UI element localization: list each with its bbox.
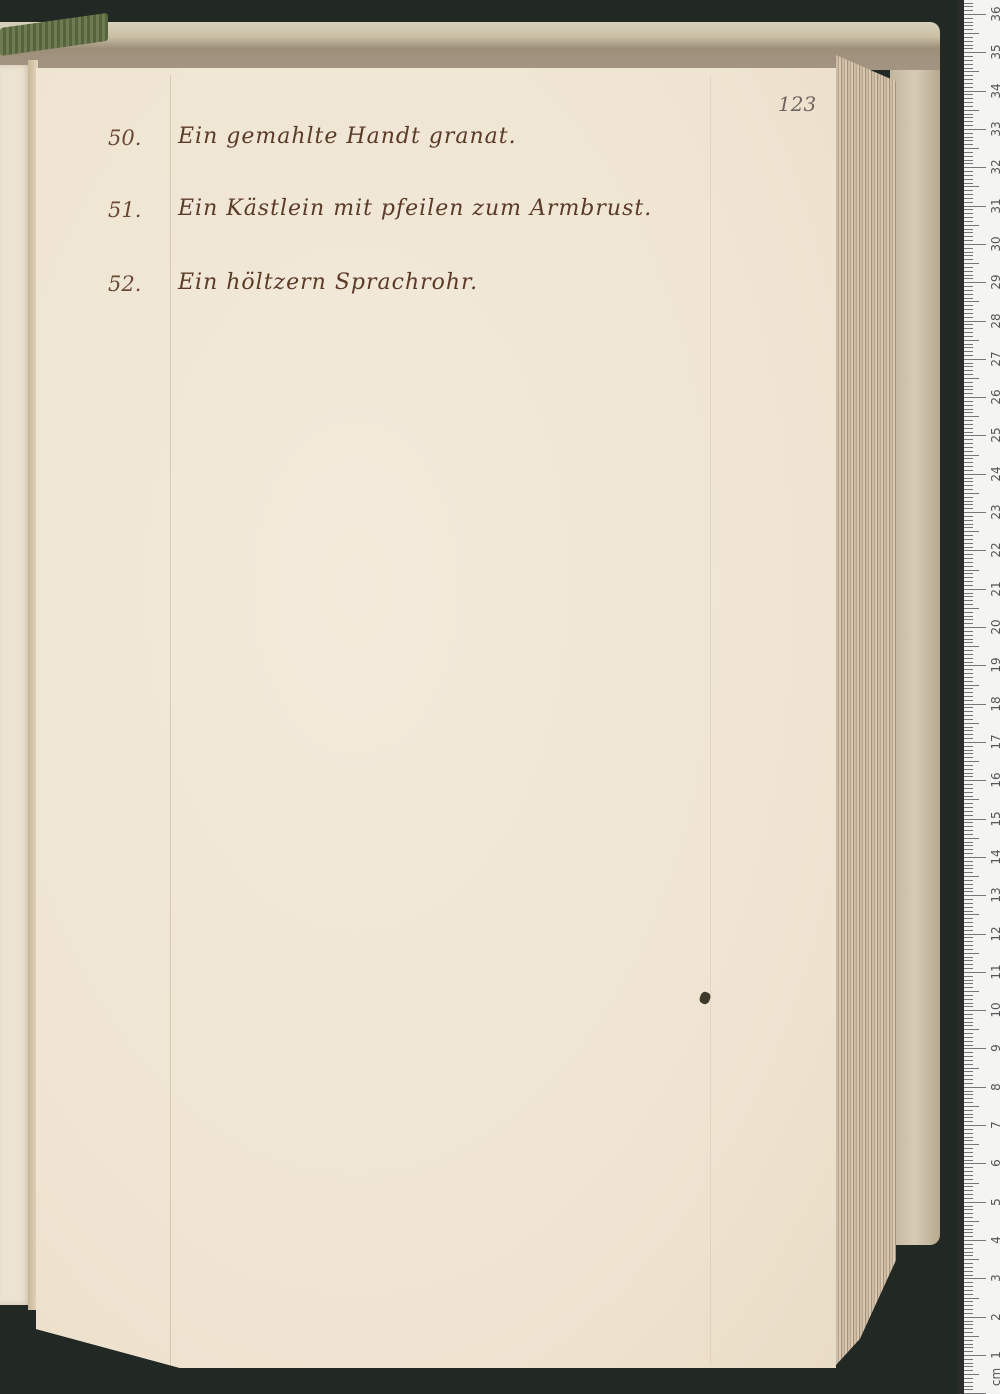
ruler-tick [964,1344,973,1345]
ruler-label: 1 [989,1343,1000,1367]
ruler-tick [964,45,973,46]
ruler-tick [964,914,979,915]
ruler-tick [964,957,973,958]
ruler-tick [964,1267,973,1268]
ruler-tick [964,405,973,406]
ruler-tick [964,301,979,302]
ruler-tick [964,1071,973,1072]
ruler-tick [964,688,973,689]
ruler-tick [964,627,986,628]
ruler-tick [964,619,973,620]
ruler-tick [964,769,973,770]
ruler-tick [964,1229,973,1230]
ruler-tick [964,370,973,371]
ruler-tick [964,999,973,1000]
ruler-label: 27 [989,347,1000,371]
ruler-tick [964,1171,973,1172]
ruler-tick [964,401,973,402]
ruler-tick [964,393,973,394]
ruler-tick [964,190,973,191]
ruler-tick [964,677,973,678]
ruler-tick [964,1232,973,1233]
ruler-tick [964,1366,973,1367]
ruler-tick [964,1075,973,1076]
ruler-tick [964,94,973,95]
ruler-label: 5 [989,1190,1000,1214]
ruler-tick [964,1091,973,1092]
ruler-tick [964,1167,973,1168]
ruler-tick [964,278,973,279]
ruler-tick [964,512,986,513]
ruler-label: 14 [989,845,1000,869]
folio-number: 123 [778,92,816,116]
ruler-tick [964,1324,973,1325]
ruler-tick [964,462,973,463]
ruler-tick [964,489,973,490]
ruler-label: 21 [989,577,1000,601]
ruler-tick [964,761,979,762]
ruler-tick [964,849,973,850]
ruler-tick [964,133,973,134]
ruler-tick [964,1186,973,1187]
ruler-tick [964,930,973,931]
ruler-tick [964,819,986,820]
ruler-tick [964,1309,973,1310]
ruler-tick [964,144,973,145]
ruler-tick [964,328,973,329]
ruler-tick [964,1106,979,1107]
ruler-tick [964,742,986,743]
ruler-tick [964,321,986,322]
ruler-tick [964,1252,973,1253]
ruler-tick [964,1213,973,1214]
ruler-tick [964,727,973,728]
ruler-tick [964,1198,973,1199]
ruler-tick [964,129,986,130]
ruler-tick [964,857,986,858]
ruler-tick [964,646,979,647]
ruler-tick [964,175,973,176]
ruler-tick [964,179,973,180]
ruler-tick [964,964,973,965]
ruler-tick [964,1313,973,1314]
ruler-tick [964,1022,973,1023]
ruler-tick [964,209,973,210]
ruler-tick [964,730,973,731]
ruler-tick [964,232,973,233]
ruler-tick [964,1152,973,1153]
ruler-tick [964,1014,973,1015]
ruler-tick [964,102,973,103]
ruler-tick [964,815,973,816]
ruler-tick [964,324,973,325]
ruler-tick [964,558,973,559]
ruler-tick [964,1206,973,1207]
ruler-tick [964,470,973,471]
ruler-tick [964,1121,973,1122]
ruler-tick [964,252,973,253]
ruler-tick [964,700,973,701]
ruler-label: 4 [989,1228,1000,1252]
ruler-tick [964,520,973,521]
ruler-tick [964,22,973,23]
ruler-tick [964,1305,973,1306]
ruler-tick [964,29,973,30]
ruler-label: 17 [989,730,1000,754]
ruler-label: 2 [989,1305,1000,1329]
ruler-label: 36 [989,2,1000,26]
ruler-tick [964,554,973,555]
ruler-tick [964,673,973,674]
ruler-tick [964,550,986,551]
ruler-tick [964,880,973,881]
ruler-tick [964,152,973,153]
ruler-tick [964,397,986,398]
ruler-tick [964,1332,973,1333]
ruler-tick [964,1378,973,1379]
ruler-tick [964,527,973,528]
ruler-tick [964,25,973,26]
ruler-label: 19 [989,653,1000,677]
ruler-tick [964,382,973,383]
ruler-tick [964,186,979,187]
right-margin-line [710,75,711,1365]
ruler-tick [964,48,973,49]
ruler-tick [964,631,973,632]
ruler-tick [964,566,973,567]
ruler-tick [964,137,973,138]
ruler-tick [964,1355,986,1356]
ruler-tick [964,497,973,498]
ruler-tick [964,259,973,260]
ruler-tick [964,236,973,237]
ruler-tick [964,696,973,697]
ruler-tick [964,899,973,900]
ruler-tick [964,424,973,425]
ruler-tick [964,1117,973,1118]
ruler-tick [964,1133,973,1134]
ruler-tick [964,374,973,375]
ruler-tick [964,903,973,904]
ruler-tick [964,604,973,605]
ruler-tick [964,240,973,241]
ruler-tick [964,1340,973,1341]
ruler-tick [964,255,973,256]
ruler-tick [964,1248,973,1249]
ruler-tick [964,750,973,751]
ruler-tick [964,1328,973,1329]
ruler-tick [964,707,973,708]
ruler-label: 6 [989,1151,1000,1175]
ruler-tick [964,623,973,624]
book-cover-edge [890,30,940,1245]
ruler-tick [964,734,973,735]
ruler-tick [964,1286,973,1287]
ruler-tick [964,1163,986,1164]
ruler-tick [964,389,973,390]
ruler-tick [964,911,973,912]
ruler-tick [964,41,973,42]
ruler-tick [964,807,973,808]
ruler-tick [964,474,986,475]
ruler-tick [964,1263,973,1264]
ruler-tick [964,340,979,341]
ruler-tick [964,458,973,459]
ruler-tick [964,1321,973,1322]
ruler-tick [964,412,973,413]
ruler-tick [964,98,973,99]
ruler-tick [964,229,973,230]
ruler-tick [964,332,973,333]
ruler-label: 9 [989,1036,1000,1060]
ruler-tick [964,83,973,84]
ruler-tick [964,355,973,356]
ruler-tick [964,1018,973,1019]
ruler-tick [964,1183,979,1184]
ruler-tick [964,244,986,245]
ruler-tick [964,117,973,118]
ruler-tick [964,455,979,456]
ruler-tick [964,428,973,429]
ruler-tick [964,585,973,586]
ruler-tick [964,719,973,720]
ruler-tick [964,589,986,590]
ruler-tick [964,286,973,287]
ruler-tick [964,1255,973,1256]
ruler-tick [964,416,979,417]
ruler-tick [964,980,973,981]
ruler-tick [964,987,973,988]
ruler-tick [964,822,973,823]
ruler-label: 29 [989,270,1000,294]
ruler-tick [964,1278,986,1279]
ruler-tick [964,217,973,218]
ruler-tick [964,409,973,410]
ruler-tick [964,945,973,946]
ruler-tick [964,1156,973,1157]
ruler-tick [964,275,973,276]
ruler-tick [964,976,973,977]
ruler-tick [964,949,973,950]
ruler-tick [964,1209,973,1210]
ruler-tick [964,983,973,984]
ruler-tick [964,435,986,436]
ruler-tick [964,876,979,877]
ruler-tick [964,654,973,655]
ruler-label: 31 [989,194,1000,218]
ruler-tick [964,125,973,126]
ruler-tick [964,995,973,996]
ruler-tick [964,508,973,509]
ruler-tick [964,171,973,172]
ruler-tick [964,271,973,272]
ruler-tick [964,746,973,747]
page-block-edge [836,55,896,1365]
ruler-tick [964,420,973,421]
ruler-tick [964,60,973,61]
ruler-tick [964,531,979,532]
ruler-tick [964,516,973,517]
ruler-tick [964,704,986,705]
ruler-tick [964,1137,973,1138]
ruler-tick [964,799,979,800]
ruler-tick [964,156,973,157]
ruler-tick [964,1029,979,1030]
ruler-label: 12 [989,922,1000,946]
left-margin-line [170,75,171,1365]
ruler-tick [964,1056,973,1057]
ruler-tick [964,114,973,115]
ruler-tick [964,845,973,846]
ruler-tick [964,336,973,337]
cm-ruler: cm 1234567891011121314151617181920212223… [958,0,1000,1394]
ruler-tick [964,1221,979,1222]
ruler-tick [964,1374,979,1375]
ruler-tick [964,884,973,885]
ruler-tick [964,1389,973,1390]
ruler-tick [964,466,973,467]
ruler-tick [964,1259,979,1260]
ruler-tick [964,443,973,444]
ruler-tick [964,796,973,797]
ruler-tick [964,79,973,80]
ruler-tick [964,642,973,643]
ruler-tick [964,378,979,379]
ruler-tick [964,1148,973,1149]
ruler-tick [964,608,979,609]
ruler-tick [964,715,973,716]
ruler-tick [964,1202,986,1203]
ruler-tick [964,366,973,367]
ruler-tick [964,612,973,613]
ruler-label: 30 [989,232,1000,256]
entry-number: 50. [108,126,141,150]
ruler-tick [964,1225,973,1226]
ruler-tick [964,543,973,544]
ruler-tick [964,1114,973,1115]
ruler-tick [964,263,979,264]
ruler-tick [964,593,973,594]
ruler-tick [964,1083,973,1084]
ruler-tick [964,56,973,57]
ruler-tick [964,1240,986,1241]
ruler-tick [964,386,973,387]
ruler-tick [964,52,986,53]
ruler-tick [964,206,986,207]
ruler-tick [964,811,973,812]
ruler-tick [964,922,973,923]
ruler-tick [964,1336,979,1337]
ruler-tick [964,753,973,754]
ruler-tick [964,888,973,889]
ruler-tick [964,1271,973,1272]
entry-text: Ein höltzern Sprachrohr. [178,270,478,295]
ruler-tick [964,1110,973,1111]
ruler-tick [964,723,979,724]
ruler-tick [964,64,973,65]
ruler-tick [964,213,973,214]
ruler-tick [964,842,973,843]
book-top-edge [0,22,940,70]
ruler-label: 24 [989,462,1000,486]
ruler-tick [964,1033,973,1034]
ruler-tick [964,1052,973,1053]
ruler-tick [964,71,979,72]
ruler-tick [964,1098,973,1099]
ruler-tick [964,907,973,908]
ruler-tick [964,267,973,268]
ruler-tick [964,570,979,571]
ruler-tick [964,347,973,348]
ruler-tick [964,1125,986,1126]
ruler-tick [964,1037,973,1038]
ruler-tick [964,865,973,866]
ruler-tick [964,183,973,184]
ruler-label: 26 [989,385,1000,409]
ruler-tick [964,110,979,111]
ruler-tick [964,1275,973,1276]
ruler-tick [964,792,973,793]
ruler-tick [964,788,973,789]
ruler-tick [964,662,973,663]
ruler-tick [964,547,973,548]
ruler-tick [964,248,973,249]
ruler-tick [964,432,973,433]
ruler-tick [964,121,973,122]
ruler-label: 3 [989,1266,1000,1290]
ruler-tick [964,91,986,92]
ruler-tick [964,10,973,11]
entry-number: 52. [108,272,141,296]
ruler-tick [964,1094,973,1095]
entry-text: Ein gemahlte Handt granat. [178,124,517,149]
ruler-tick [964,918,973,919]
ruler-tick [964,853,973,854]
ruler-tick [964,838,979,839]
ruler-tick [964,968,973,969]
ruler-tick [964,351,973,352]
ruler-tick [964,163,973,164]
ruler-tick [964,738,973,739]
ruler-tick [964,504,973,505]
ruler-tick [964,1236,973,1237]
ruler-tick [964,309,973,310]
ruler-tick [964,773,973,774]
ruler-tick [964,891,973,892]
ruler-tick [964,972,986,973]
ruler-tick [964,826,973,827]
ruler-tick [964,868,973,869]
ruler-tick [964,140,973,141]
ruler-tick [964,1068,979,1069]
ruler-tick [964,1194,973,1195]
ruler-tick [964,1003,973,1004]
ruler-label: 32 [989,155,1000,179]
ruler-tick [964,439,973,440]
ruler-unit-label: cm [989,1365,1000,1389]
ruler-tick [964,1144,979,1145]
ruler-tick [964,1079,973,1080]
ruler-tick [964,1244,973,1245]
ruler-tick [964,1006,973,1007]
ruler-tick [964,305,973,306]
ruler-tick [964,451,973,452]
ruler-tick [964,37,973,38]
ruler-tick [964,1282,973,1283]
ruler-tick [964,577,973,578]
ruler-tick [964,167,986,168]
ruler-tick [964,639,973,640]
